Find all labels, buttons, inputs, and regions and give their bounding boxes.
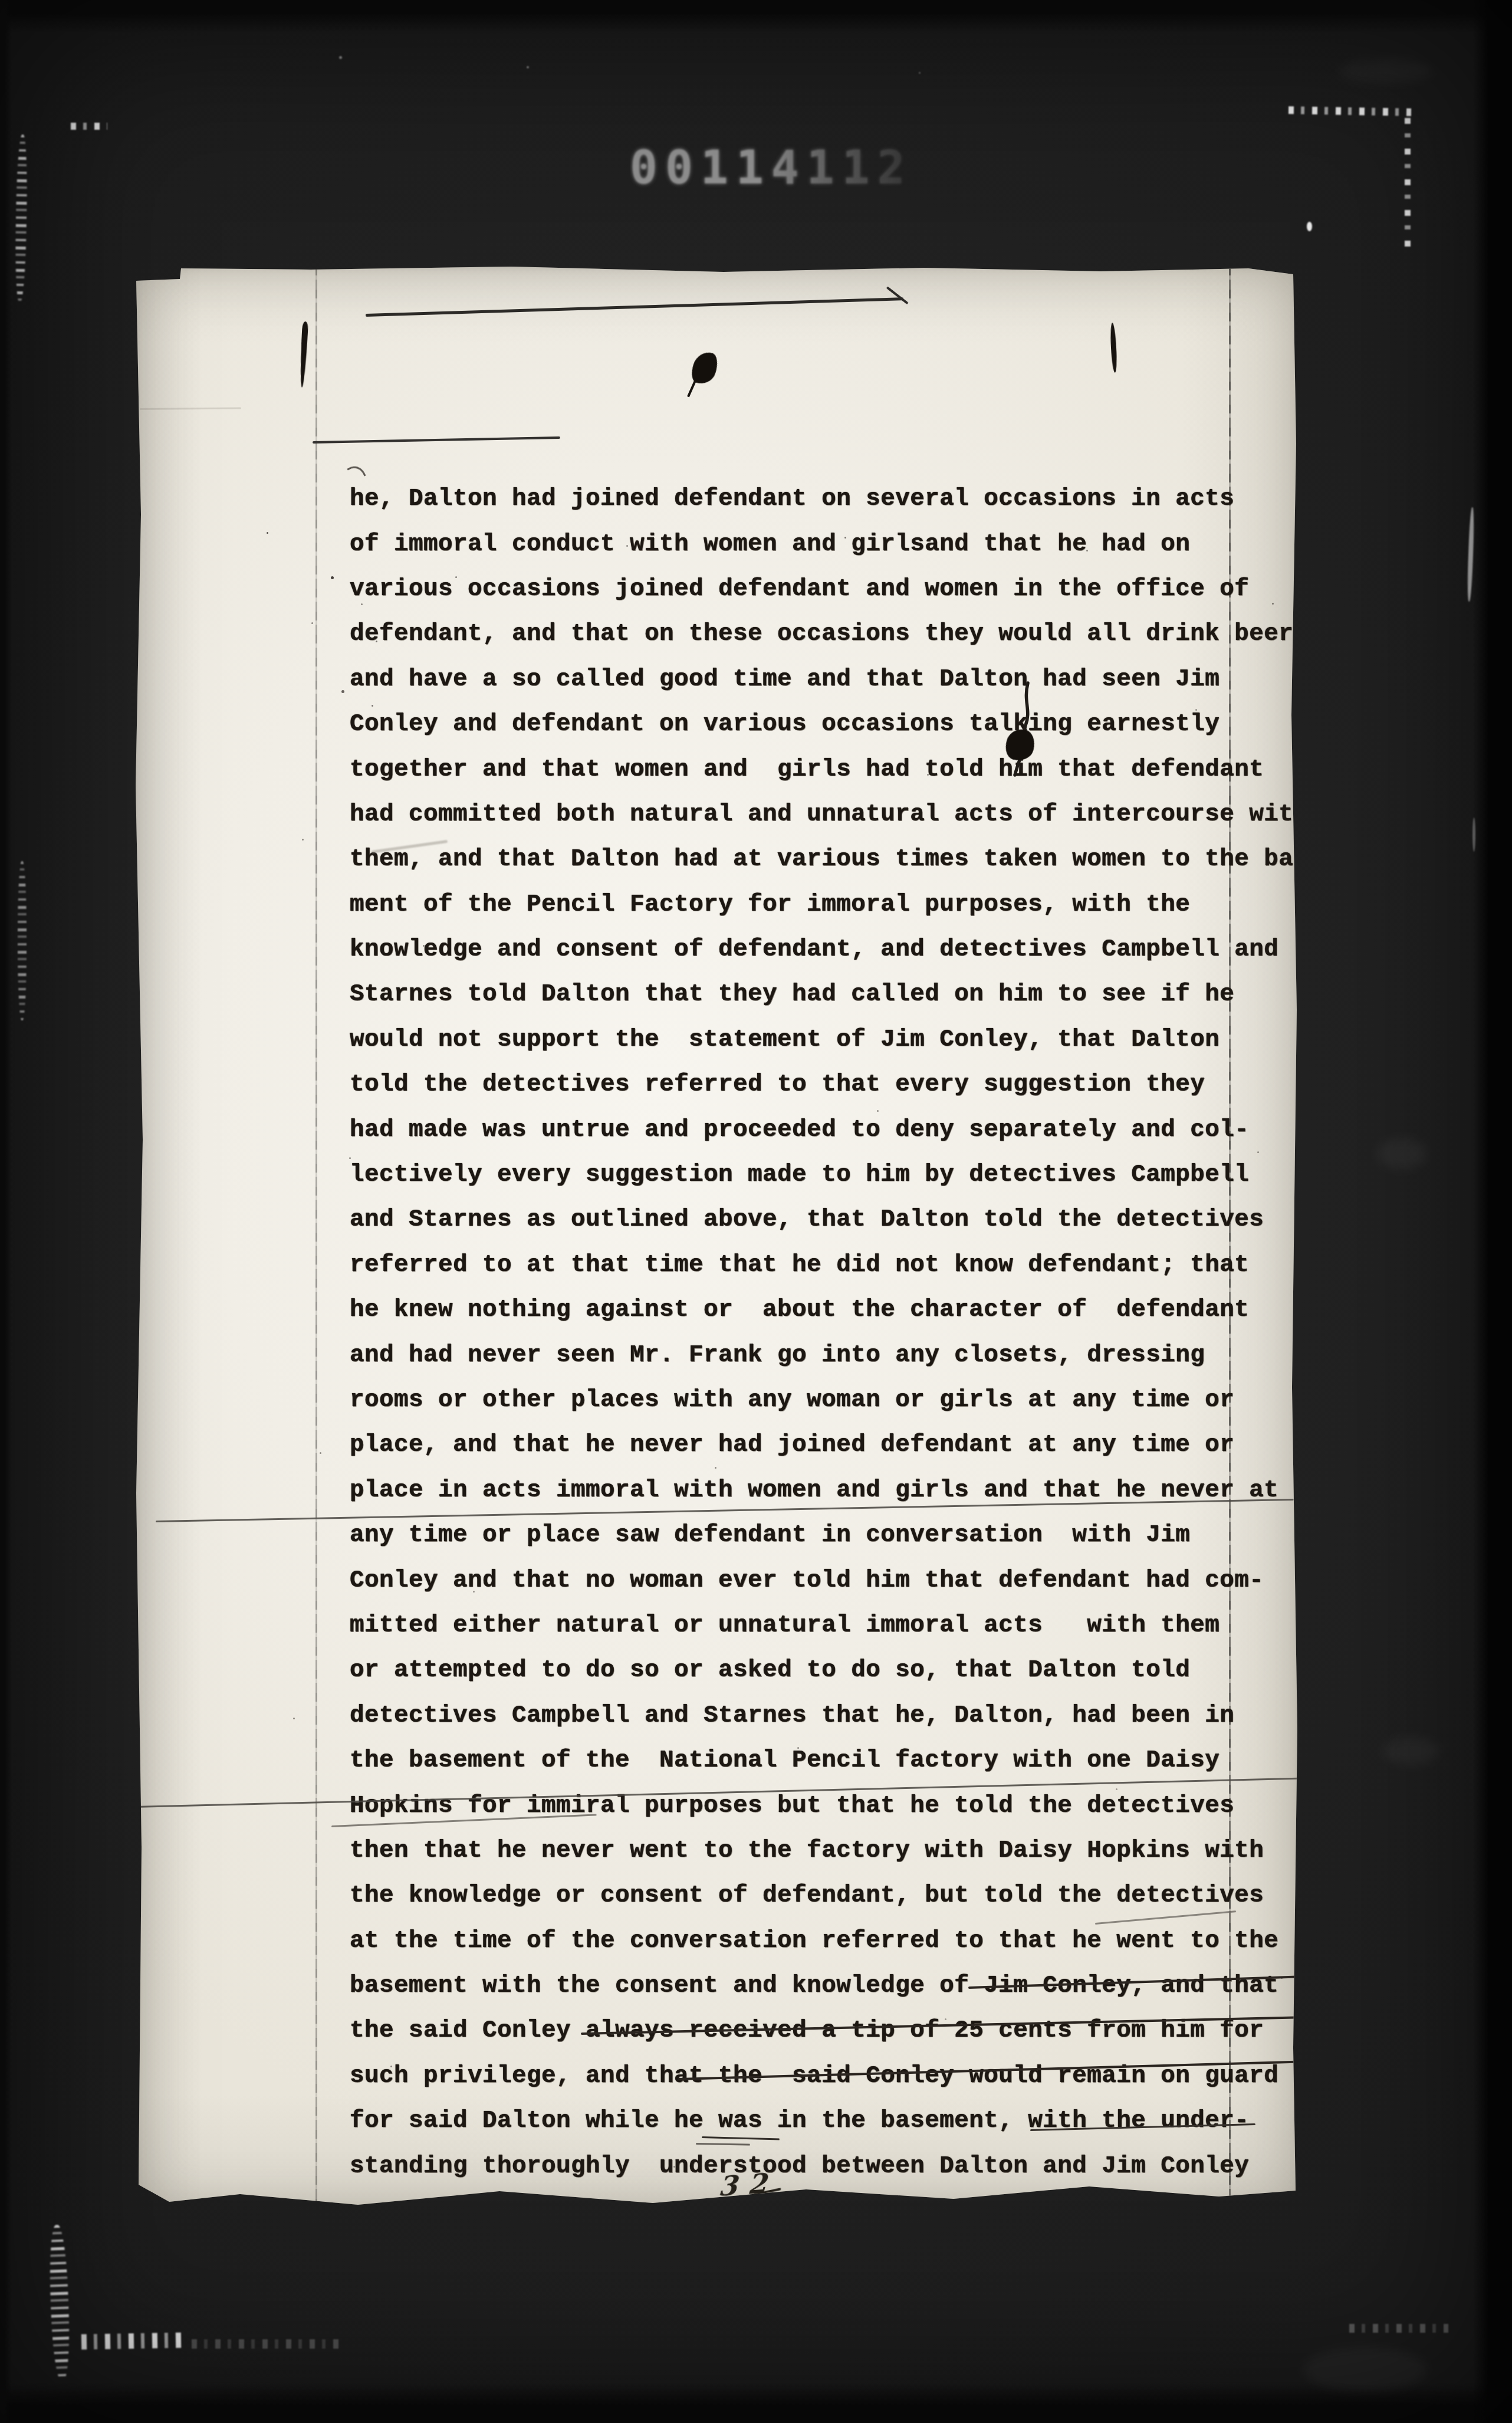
document-line: and have a so called good time and that … [350,657,1281,702]
film-scratch-dashes-vertical [1405,118,1411,249]
film-edge-speckles [48,2225,71,2382]
frame-number-text: 00114112 [630,142,913,195]
film-edge-speckles [18,861,27,1020]
document-line: defendant, and that on these occasions t… [350,612,1281,656]
top-rule-hook [886,286,909,304]
document-page: he, Dalton had joined defendant on sever… [134,267,1299,2211]
document-line: various occasions joined defendant and w… [350,567,1281,612]
document-line: he knew nothing against or about the cha… [350,1288,1281,1332]
film-speck [339,56,342,59]
ink-blot-tail [687,380,696,397]
document-line: any time or place saw defendant in conve… [350,1513,1281,1558]
handwritten-page-number: 32 [719,2166,781,2202]
film-edge-marks-faint [192,2339,339,2349]
film-scratch-dashes-top-right [1289,106,1411,116]
document-line: place, and that he never had joined defe… [350,1423,1281,1467]
crease-line-left [315,267,317,2211]
document-line: the said Conley always received a tip of… [350,2008,1281,2053]
document-line: referred to at that time that he did not… [350,1243,1281,1288]
document-line: for said Dalton while he was in the base… [350,2099,1281,2143]
document-line: the basement of the National Pencil fact… [350,1738,1281,1783]
document-line: told the detectives referred to that eve… [350,1062,1281,1107]
document-line: rooms or other places with any woman or … [350,1378,1281,1423]
film-edge-speckles [15,134,28,303]
film-border-left [0,0,12,2423]
document-line: together and that women and girls had to… [350,747,1281,792]
film-border-right [1473,0,1512,2423]
document-line: or attempted to do so or asked to do so,… [350,1648,1281,1693]
document-line: standing thoroughly understood between D… [350,2143,1281,2188]
document-line: basement with the consent and knowledge … [350,1964,1281,2008]
film-speck [527,66,529,68]
film-edge-marks-bottom-right [1349,2324,1448,2333]
document-line: detectives Campbell and Starnes that he,… [350,1693,1281,1738]
film-smudge [1303,2348,1427,2392]
document-line: of immoral conduct with women and girlsa… [350,521,1281,566]
document-line: had committed both natural and unnatural… [350,792,1281,837]
document-line: and had never seen Mr. Frank go into any… [350,1332,1281,1377]
film-speck [919,72,921,74]
document-line: place in acts immoral with women and gir… [350,1468,1281,1513]
document-line: had made was untrue and proceeded to den… [350,1107,1281,1152]
document-line: the knowledge or consent of defendant, b… [350,1873,1281,1918]
document-line: them, and that Dalton had at various tim… [350,837,1281,882]
faint-line [140,407,241,410]
document-line: and Starnes as outlined above, that Dalt… [350,1197,1281,1242]
typewritten-text-block: he, Dalton had joined defendant on sever… [350,477,1281,2189]
film-speck [1307,222,1312,231]
document-line: would not support the statement of Jim C… [350,1017,1281,1062]
top-rule-line [366,297,903,317]
short-rule-line [313,436,560,444]
page-number-text: 32 [719,2166,781,2202]
film-smudge [1377,1138,1427,1169]
document-line: he, Dalton had joined defendant on sever… [350,477,1281,521]
pen-tick-right [1110,323,1117,373]
film-edge-squiggle [1472,817,1475,852]
document-line: Conley and that no woman ever told him t… [350,1558,1281,1603]
document-line: mitted either natural or unnatural immor… [350,1603,1281,1648]
frame-number-stamp: 00114112 [630,142,913,195]
dust-specks [267,532,268,534]
pen-tick-left [299,321,308,388]
film-edge-dashes [71,123,107,130]
film-border-top [0,0,1512,33]
document-line: at the time of the conversation referred… [350,1919,1281,1964]
film-border-bottom [0,2383,1512,2423]
film-edge-marks [81,2332,185,2349]
document-line: Starnes told Dalton that they had called… [350,972,1281,1017]
document-line: knowledge and consent of defendant, and … [350,927,1281,972]
film-smudge [1383,1737,1439,1765]
document-line: lectively every suggestion made to him b… [350,1153,1281,1197]
document-line: Conley and defendant on various occasion… [350,702,1281,747]
film-smudge [1339,59,1433,84]
document-line: then that he never went to the factory w… [350,1828,1281,1873]
microfilm-frame: 00114112 he, Dalton had joined defend [0,0,1512,2423]
document-line: ment of the Pencil Factory for immoral p… [350,882,1281,927]
